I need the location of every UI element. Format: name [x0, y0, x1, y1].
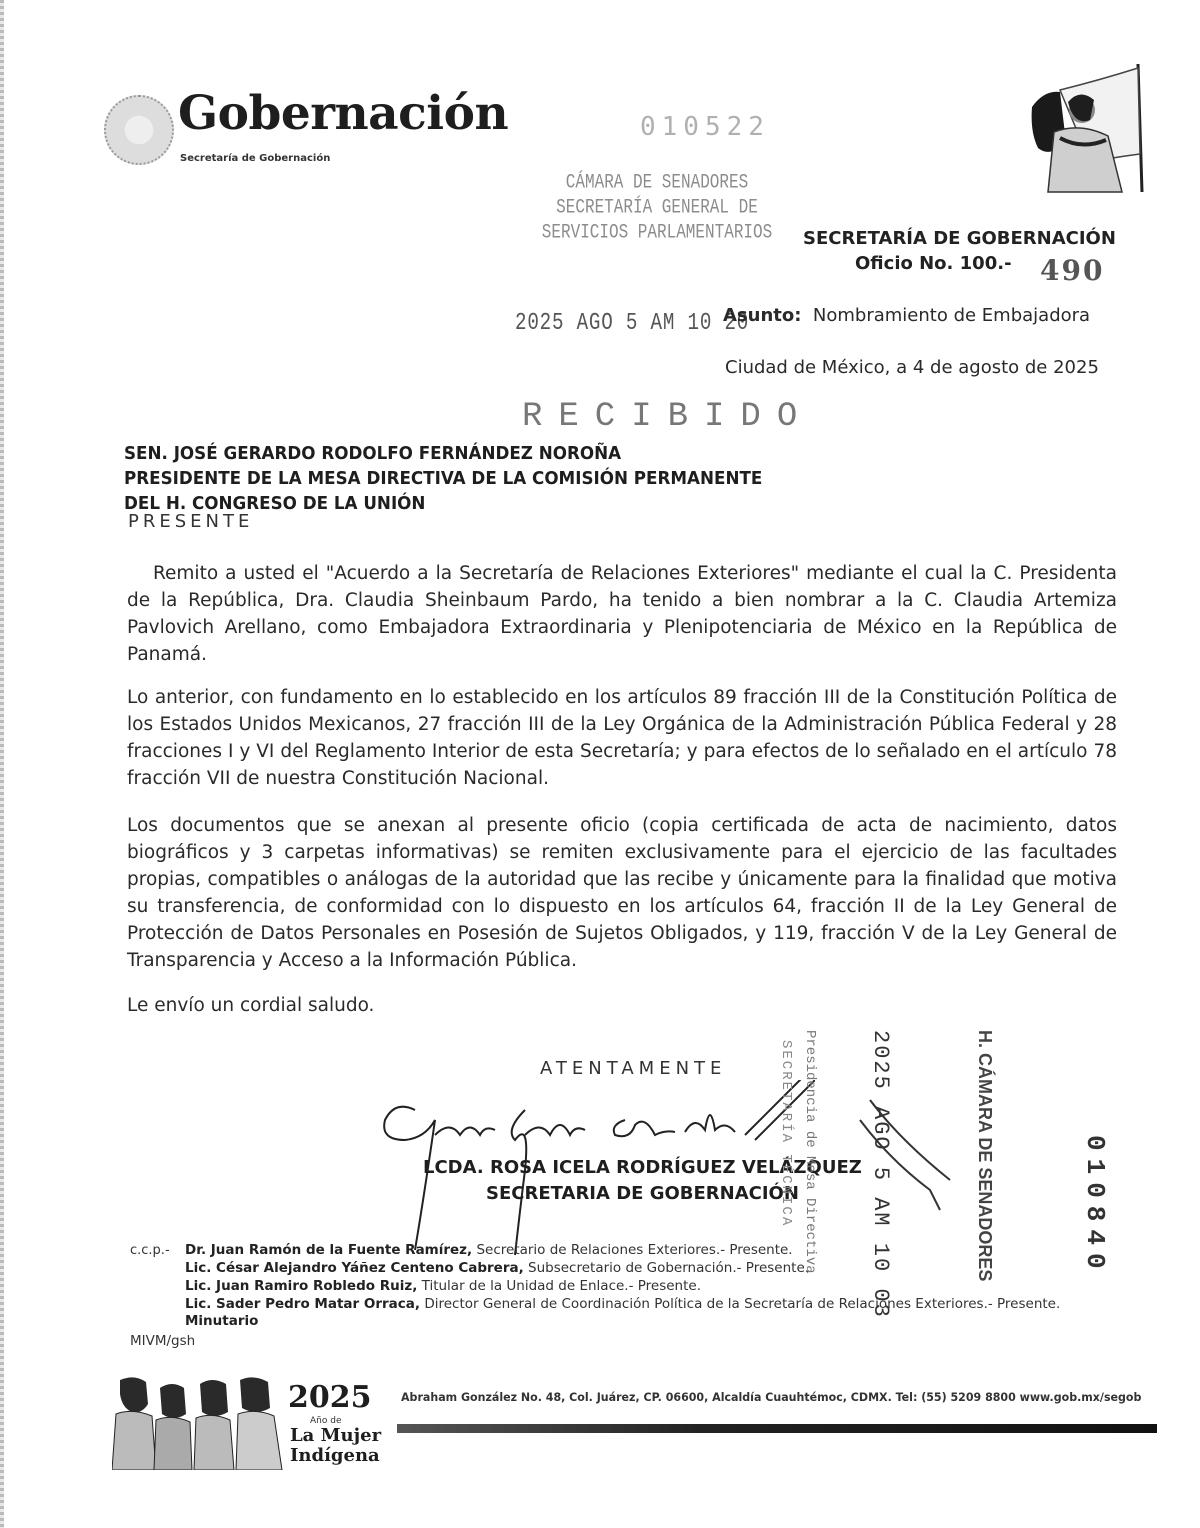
national-seal-icon — [104, 95, 174, 165]
flag-woman-emblem-icon — [1030, 62, 1148, 194]
place-date: Ciudad de México, a 4 de agosto de 2025 — [725, 357, 1099, 378]
oficio-label: Oficio No. 100.- — [855, 253, 1012, 274]
drafter-initials: MIVM/gsh — [130, 1333, 195, 1349]
folio-stamp-top: 010522 — [640, 112, 770, 142]
recibido-stamp: RECIBIDO — [522, 398, 813, 436]
closing-atentamente: ATENTAMENTE — [540, 1058, 726, 1079]
body-paragraph: Los documentos que se anexan al presente… — [127, 812, 1117, 974]
year-label: 2025 — [288, 1383, 372, 1413]
ccp-label: c.c.p.- — [130, 1243, 170, 1258]
ccp-list: Dr. Juan Ramón de la Fuente Ramírez, Sec… — [185, 1241, 1060, 1313]
signer-name: LCDA. ROSA ICELA RODRÍGUEZ VELÁZQUEZ — [423, 1157, 862, 1178]
footer-address: Abraham González No. 48, Col. Juárez, CP… — [401, 1390, 1141, 1404]
brand-title: Gobernación — [178, 90, 508, 137]
asunto-line: Asunto: Nombramiento de Embajadora — [723, 305, 1090, 326]
oficio-number: 490 — [1040, 254, 1104, 287]
ccp-recipient: Dr. Juan Ramón de la Fuente Ramírez, Sec… — [185, 1241, 1060, 1259]
presente-label: PRESENTE — [128, 511, 253, 532]
closing-greeting: Le envío un cordial saludo. — [127, 992, 1117, 1019]
received-date-stamp: 2025 AGO 5 AM 10 20 — [515, 310, 749, 337]
body-paragraph: Remito a usted el "Acuerdo a la Secretar… — [127, 560, 1117, 668]
reception-stamp-line: CÁMARA DE SENADORES — [532, 170, 782, 195]
scan-edge — [0, 0, 4, 1528]
body-paragraph: Lo anterior, con fundamento en lo establ… — [127, 684, 1117, 792]
reception-stamp-line: SERVICIOS PARLAMENTARIOS — [532, 220, 782, 245]
indigenous-women-illustration-icon — [112, 1374, 284, 1470]
reception-stamp: CÁMARA DE SENADORES SECRETARÍA GENERAL D… — [532, 170, 782, 245]
year-theme: La Mujer Indígena — [290, 1426, 381, 1466]
secretaria-tecnica-stamp: SECRETARÍA TÉCNICA — [778, 1040, 794, 1227]
reception-stamp-line: SECRETARÍA GENERAL DE — [532, 195, 782, 220]
addressee-block: SEN. JOSÉ GERARDO RODOLFO FERNÁNDEZ NORO… — [124, 441, 762, 516]
asunto-value: Nombramiento de Embajadora — [813, 305, 1090, 326]
initials-mark-icon — [830, 1040, 970, 1220]
brand-subtitle: Secretaría de Gobernación — [180, 153, 330, 164]
addressee-position: PRESIDENTE DE LA MESA DIRECTIVA DE LA CO… — [124, 466, 762, 491]
presidencia-stamp: Presidencia de Mesa Directiva — [802, 1030, 818, 1274]
department-heading: SECRETARÍA DE GOBERNACIÓN — [803, 228, 1116, 249]
senate-folio-stamp: 010840 — [1080, 1135, 1110, 1277]
addressee-name: SEN. JOSÉ GERARDO RODOLFO FERNÁNDEZ NORO… — [124, 441, 762, 466]
signer-title: SECRETARIA DE GOBERNACIÓN — [486, 1183, 799, 1204]
ccp-recipient: Lic. César Alejandro Yáñez Centeno Cabre… — [185, 1259, 1060, 1277]
footer-divider — [397, 1424, 1157, 1433]
asunto-label: Asunto: — [723, 305, 801, 326]
minutario-label: Minutario — [185, 1313, 258, 1329]
ccp-recipient: Lic. Sader Pedro Matar Orraca, Director … — [185, 1295, 1060, 1313]
ccp-recipient: Lic. Juan Ramiro Robledo Ruiz, Titular d… — [185, 1277, 1060, 1295]
